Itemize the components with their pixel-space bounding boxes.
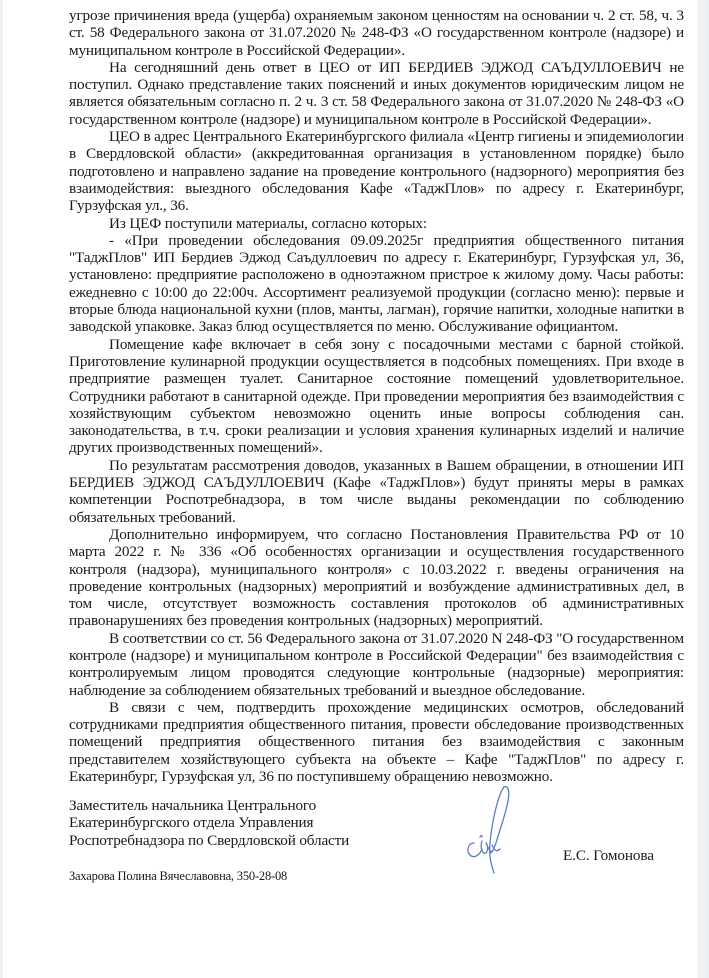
paragraph-legal-basis: угрозе причинения вреда (ущерба) охраняе… bbox=[69, 7, 684, 59]
paragraph-premises-description: Помещение кафе включает в себя зону с по… bbox=[69, 336, 684, 457]
handwritten-signature-icon bbox=[460, 781, 520, 881]
paragraph-article-56: В соответствии со ст. 56 Федерального за… bbox=[69, 630, 684, 699]
paragraph-no-response: На сегодняшний день ответ в ЦЕО от ИП БЕ… bbox=[69, 59, 684, 128]
paragraph-inspection-findings: - «При проведении обследования 09.09.202… bbox=[69, 232, 684, 336]
letter-body: угрозе причинения вреда (ущерба) охраняе… bbox=[69, 7, 684, 785]
paragraph-government-decree: Дополнительно информируем, что согласно … bbox=[69, 526, 684, 630]
signatory-title: Заместитель начальника Центрального Екат… bbox=[69, 797, 684, 849]
scan-edge-left bbox=[0, 0, 3, 978]
paragraph-inspection-task: ЦЕО в адрес Центрального Екатеринбургско… bbox=[69, 128, 684, 214]
signatory-name: Е.С. Гомонова bbox=[563, 847, 654, 865]
paragraph-measures: По результатам рассмотрения доводов, ука… bbox=[69, 457, 684, 526]
executor-contact: Захарова Полина Вячеславовна, 350-28-08 bbox=[69, 869, 287, 884]
paragraph-materials-intro: Из ЦЕФ поступили материалы, согласно кот… bbox=[69, 215, 684, 232]
signatory-title-line: Екатеринбургского отдела Управления bbox=[69, 814, 684, 831]
paragraph-conclusion: В связи с чем, подтвердить прохождение м… bbox=[69, 699, 684, 785]
scan-edge-right bbox=[697, 0, 709, 978]
signature-block: Заместитель начальника Центрального Екат… bbox=[69, 797, 684, 877]
signatory-title-line: Заместитель начальника Центрального bbox=[69, 797, 684, 814]
